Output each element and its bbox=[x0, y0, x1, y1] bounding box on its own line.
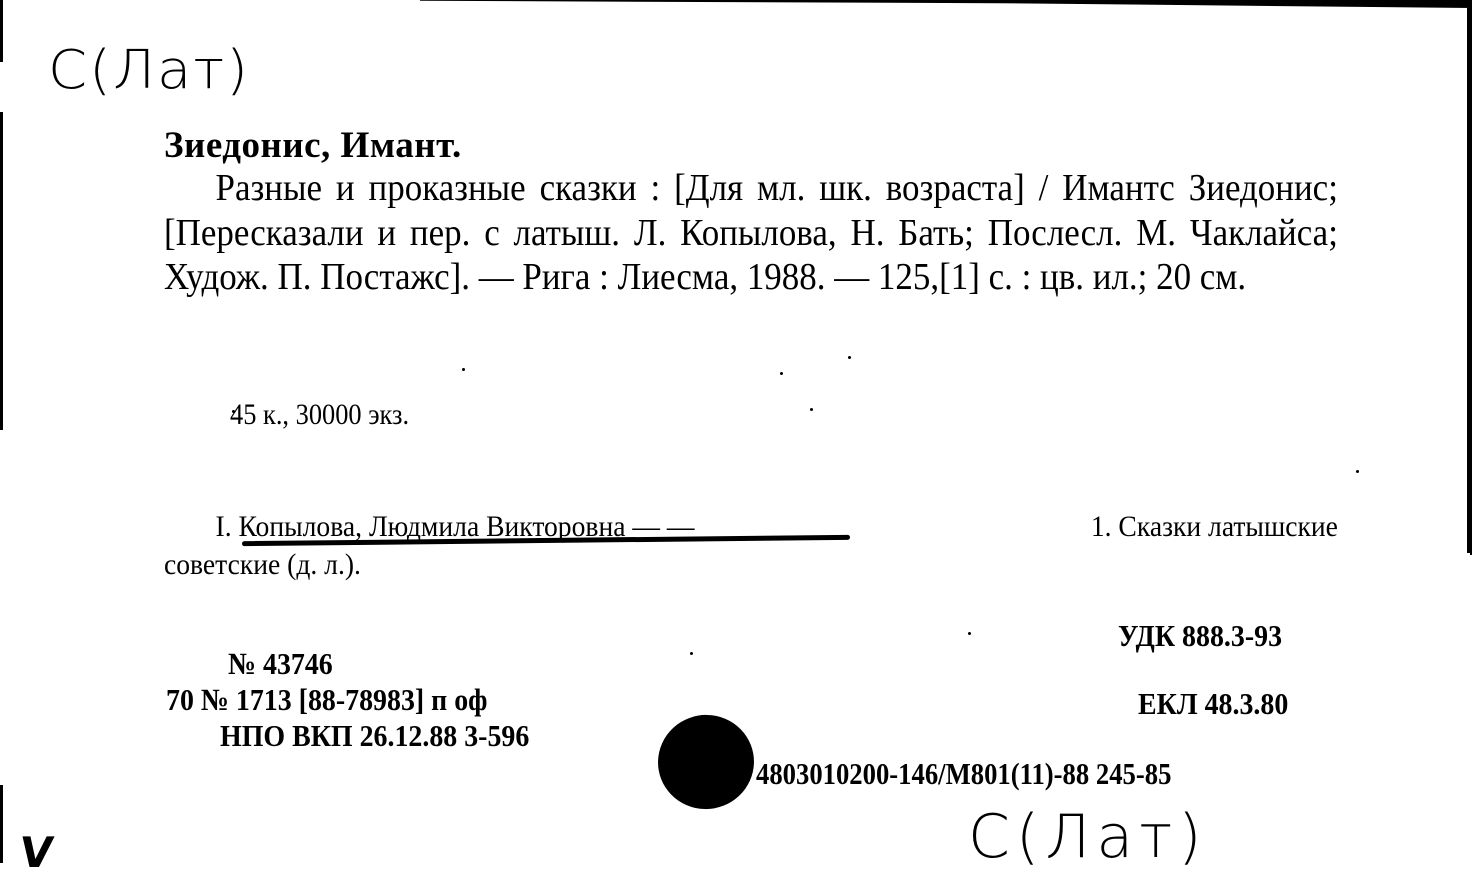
scan-speck bbox=[462, 368, 465, 371]
scan-speck bbox=[780, 372, 783, 375]
handwritten-shelf-mark-bottom: С(Лат) bbox=[968, 802, 1208, 872]
description-text: Разные и проказные сказки : [Для мл. шк.… bbox=[164, 166, 1338, 300]
scan-speck bbox=[232, 410, 235, 413]
handwritten-shelf-mark-top: С(Лат) bbox=[48, 40, 250, 102]
price-and-print-run: 45 к., 30000 экз. bbox=[230, 398, 409, 432]
subject-heading: 1. Сказки латышские bbox=[1091, 508, 1338, 546]
catalog-code: 4803010200-146/М801(11)-88 245-85 bbox=[756, 756, 1171, 792]
catalog-card: С(Лат) Зиедонис, Имант. Разные и проказн… bbox=[0, 0, 1472, 888]
scan-border-top bbox=[420, 0, 1472, 8]
check-mark: V bbox=[17, 828, 56, 877]
npo-info: НПО ВКП 26.12.88 3-596 bbox=[220, 718, 529, 754]
punch-hole bbox=[651, 707, 762, 816]
scan-speck bbox=[690, 652, 693, 655]
print-info: 70 № 1713 [88-78983] п оф bbox=[166, 682, 487, 718]
udk-code: УДК 888.3-93 bbox=[1118, 618, 1282, 654]
scan-border-left bbox=[0, 112, 3, 430]
record-number: № 43746 bbox=[228, 646, 333, 682]
scan-border-left bbox=[0, 0, 3, 62]
scan-speck bbox=[810, 408, 813, 411]
ekl-code: ЕКЛ 48.3.80 bbox=[1138, 686, 1288, 722]
bibliographic-description: Разные и проказные сказки : [Для мл. шк.… bbox=[164, 166, 1338, 300]
scan-speck bbox=[848, 356, 851, 359]
tracings: I. Копылова, Людмила Викторовна — — 1. С… bbox=[164, 508, 1338, 584]
scan-speck bbox=[968, 632, 971, 635]
author-heading: Зиедонис, Имант. bbox=[164, 124, 462, 167]
scan-border-left bbox=[0, 785, 3, 863]
scan-speck bbox=[1356, 470, 1359, 473]
subject-continuation: советские (д. л.). bbox=[164, 546, 1338, 584]
